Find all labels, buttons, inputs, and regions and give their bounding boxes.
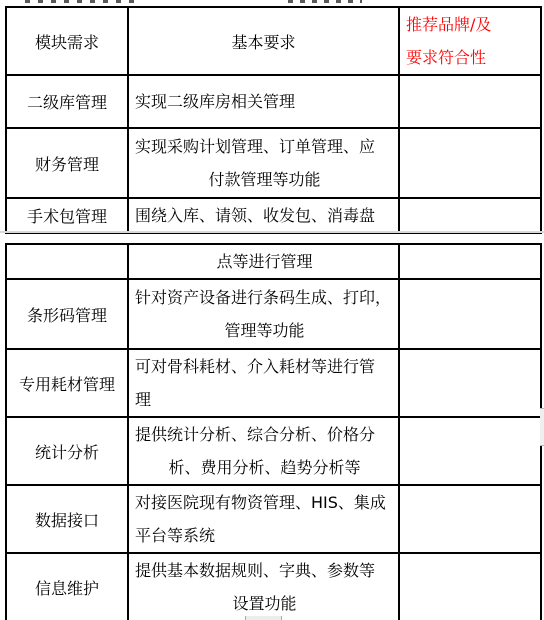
requirement-text: 点等进行管理	[135, 245, 394, 278]
requirement-text: 提供统计分析、综合分析、价格分	[135, 418, 394, 451]
table-row: 统计分析 提供统计分析、综合分析、价格分 析、费用分析、趋势分析等	[6, 417, 541, 485]
requirement-text: 针对资产设备进行条码生成、打印，	[135, 281, 394, 314]
requirement-text: 管理等功能	[135, 314, 394, 347]
header-row: 模块需求 基本要求 推荐品牌/及 要求符合性	[6, 7, 541, 75]
page-break-line	[0, 231, 544, 233]
header-requirements: 基本要求	[128, 7, 399, 75]
compliance-cell[interactable]	[399, 349, 541, 417]
clipped-text-fragment-right	[288, 0, 362, 3]
module-cell: 专用耗材管理	[6, 349, 128, 417]
requirement-text: 平台等系统	[135, 519, 394, 552]
table-row: 数据接口 对接医院现有物资管理、HIS、集成 平台等系统	[6, 485, 541, 553]
requirement-cell: 提供基本数据规则、字典、参数等 设置功能	[128, 553, 399, 620]
compliance-cell[interactable]	[399, 279, 541, 349]
header-compliance: 推荐品牌/及 要求符合性	[399, 7, 541, 75]
compliance-cell[interactable]	[399, 75, 541, 128]
requirement-text: 理	[135, 383, 394, 416]
requirement-cell: 针对资产设备进行条码生成、打印， 管理等功能	[128, 279, 399, 349]
table-row: 条形码管理 针对资产设备进行条码生成、打印， 管理等功能	[6, 279, 541, 349]
requirement-cell: 可对骨科耗材、介入耗材等进行管 理	[128, 349, 399, 417]
clipped-text-fragment-left	[25, 0, 135, 3]
module-cell: 统计分析	[6, 417, 128, 485]
header-compliance-line1: 推荐品牌/及	[406, 8, 540, 41]
module-cell	[6, 244, 128, 279]
compliance-cell[interactable]	[399, 553, 541, 620]
compliance-cell[interactable]	[399, 198, 541, 233]
bottom-edge-artifact	[245, 616, 282, 620]
table-row: 信息维护 提供基本数据规则、字典、参数等 设置功能	[6, 553, 541, 620]
requirement-cell: 实现采购计划管理、订单管理、应 付款管理等功能	[128, 128, 399, 198]
requirement-cell: 实现二级库房相关管理	[128, 75, 399, 128]
requirement-cell: 提供统计分析、综合分析、价格分 析、费用分析、趋势分析等	[128, 417, 399, 485]
requirement-text: 实现二级库房相关管理	[135, 85, 394, 118]
requirement-text: 付款管理等功能	[135, 163, 394, 196]
module-cell: 手术包管理	[6, 198, 128, 233]
requirement-text: 可对骨科耗材、介入耗材等进行管	[135, 350, 394, 383]
compliance-cell[interactable]	[399, 128, 541, 198]
table-row: 财务管理 实现采购计划管理、订单管理、应 付款管理等功能	[6, 128, 541, 198]
table-row: 二级库管理 实现二级库房相关管理	[6, 75, 541, 128]
right-edge-artifact	[540, 408, 544, 446]
requirement-text: 提供基本数据规则、字典、参数等	[135, 554, 394, 587]
module-cell: 信息维护	[6, 553, 128, 620]
table-row: 手术包管理 围绕入库、请领、收发包、消毒盘	[6, 198, 541, 233]
requirement-cell: 点等进行管理	[128, 244, 399, 279]
document-page: 模块需求 基本要求 推荐品牌/及 要求符合性 二级库管理 实现二级库房相关管理 …	[0, 0, 544, 620]
requirement-text: 实现采购计划管理、订单管理、应	[135, 130, 394, 163]
compliance-cell[interactable]	[399, 244, 541, 279]
compliance-cell[interactable]	[399, 417, 541, 485]
requirements-table-lower: 点等进行管理 条形码管理 针对资产设备进行条码生成、打印， 管理等功能 专用耗材…	[5, 243, 542, 620]
module-cell: 二级库管理	[6, 75, 128, 128]
table-row: 专用耗材管理 可对骨科耗材、介入耗材等进行管 理	[6, 349, 541, 417]
requirement-cell: 围绕入库、请领、收发包、消毒盘	[128, 198, 399, 233]
header-module: 模块需求	[6, 7, 128, 75]
requirement-cell: 对接医院现有物资管理、HIS、集成 平台等系统	[128, 485, 399, 553]
module-cell: 条形码管理	[6, 279, 128, 349]
header-compliance-line2: 要求符合性	[406, 41, 540, 74]
requirement-text: 对接医院现有物资管理、HIS、集成	[135, 486, 394, 519]
module-cell: 财务管理	[6, 128, 128, 198]
table-row: 点等进行管理	[6, 244, 541, 279]
compliance-cell[interactable]	[399, 485, 541, 553]
requirement-text: 围绕入库、请领、收发包、消毒盘	[135, 199, 394, 232]
requirements-table-upper: 模块需求 基本要求 推荐品牌/及 要求符合性 二级库管理 实现二级库房相关管理 …	[5, 6, 542, 234]
requirement-text: 析、费用分析、趋势分析等	[135, 451, 394, 484]
module-cell: 数据接口	[6, 485, 128, 553]
